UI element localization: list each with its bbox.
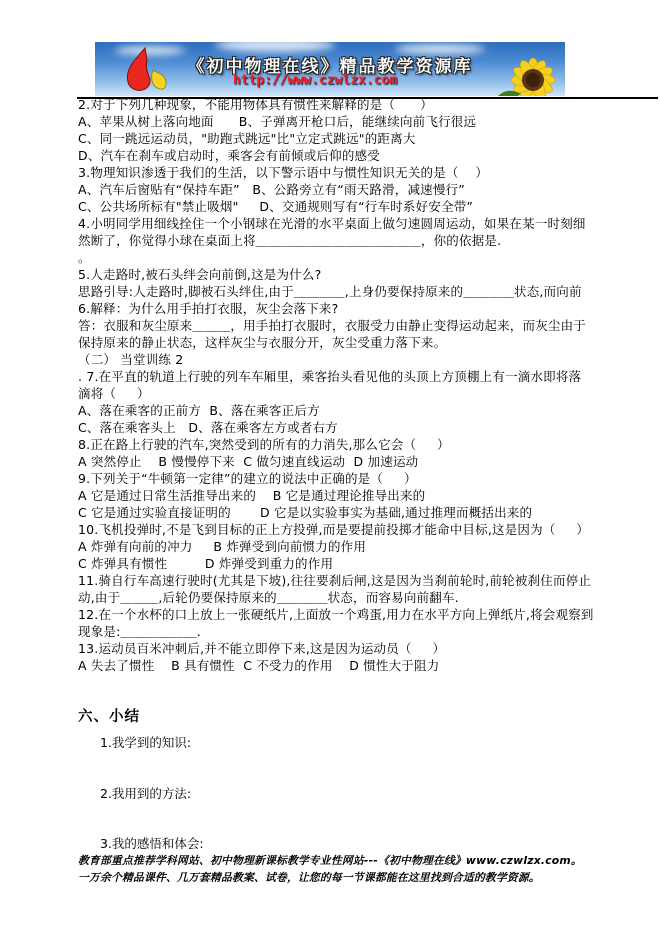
worksheet-line: 现象是:＿＿＿＿＿＿. (78, 623, 594, 640)
worksheet-body: 2.对于下列几种现象，不能用物体具有惯性来解释的是（ ）A、苹果从树上落向地面 … (78, 96, 594, 674)
worksheet-line: C、公共场所标有"禁止吸烟" D、交通规则写有“行车时系好安全带” (78, 198, 594, 215)
worksheet-line: C 炸弹具有惯性 D 炸弹受到重力的作用 (78, 555, 594, 572)
worksheet-line: （二） 当堂训练 2 (78, 351, 594, 368)
worksheet-line: A 它是通过日常生活推导出来的 B 它是通过理论推导出来的 (78, 487, 594, 504)
sunflower-icon (491, 46, 565, 96)
document-page: 《初中物理在线》精品教学资源库 http://www.czwlzx.com 2.… (0, 0, 661, 936)
worksheet-line: 5.人走路时,被石头绊会向前倒,这是为什么? (78, 266, 594, 283)
worksheet-line: A 失去了惯性 B 具有惯性 C 不受力的作用 D 惯性大于阻力 (78, 657, 594, 674)
summary-item-methods: 2.我用到的方法: (100, 784, 191, 802)
worksheet-line: 4.小明同学用细线拴住一个小钢球在光滑的水平桌面上做匀速圆周运动，如果在某一时刻… (78, 215, 594, 232)
worksheet-line: D、汽车在刹车或启动时，乘客会有前倾或后仰的感受 (78, 147, 594, 164)
summary-item-reflections: 3.我的感悟和体会: (100, 834, 204, 852)
worksheet-line: 6.解释：为什么用手拍打衣服，灰尘会落下来? (78, 300, 594, 317)
worksheet-line: A、落在乘客的正前方 B、落在乘客正后方 (78, 402, 594, 419)
worksheet-line: 11.骑自行车高速行驶时(尤其是下坡),往往要刹后闸,这是因为当刹前轮时,前轮被… (78, 572, 594, 589)
summary-heading: 六、小结 (78, 705, 140, 726)
site-url-link[interactable]: http://www.czwlzx.com (95, 73, 535, 88)
worksheet-line: 10.飞机投弹时,不是飞到目标的正上方投弹,而是要提前投掷才能命中目标,这是因为… (78, 521, 594, 538)
worksheet-line: 9.下列关于“牛顿第一定律”的建立的说法中正确的是（ ） (78, 470, 594, 487)
worksheet-line: . 7.在平直的轨道上行驶的列车车厢里，乘客抬头看见他的头顶上方顶棚上有一滴水即… (78, 368, 594, 385)
worksheet-line: 2.对于下列几种现象，不能用物体具有惯性来解释的是（ ） (78, 96, 594, 113)
worksheet-line: A、苹果从树上落向地面 B、子弹离开枪口后，能继续向前飞行很远 (78, 113, 594, 130)
worksheet-line: C、落在乘客头上 D、落在乘客左方或者右方 (78, 419, 594, 436)
cloud-decoration (215, 42, 335, 52)
worksheet-line: 13.运动员百米冲刺后,并不能立即停下来,这是因为运动员（ ） (78, 640, 594, 657)
worksheet-line: 保持原来的静止状态，这样灰尘与衣服分开，灰尘受重力落下来。 (78, 334, 594, 351)
worksheet-line: 。 (78, 249, 594, 266)
worksheet-line: C 它是通过实验直接证明的 D 它是以实验事实为基础,通过推理而概括出来的 (78, 504, 594, 521)
worksheet-line: A、汽车后窗贴有“保持车距” B、公路旁立有“雨天路滑，减速慢行” (78, 181, 594, 198)
header-banner: 《初中物理在线》精品教学资源库 http://www.czwlzx.com (95, 42, 565, 96)
worksheet-line: 8.正在路上行驶的汽车,突然受到的所有的力消失,那么它会（ ） (78, 436, 594, 453)
worksheet-line: 12.在一个水杯的口上放上一张硬纸片,上面放一个鸡蛋,用力在水平方向上弹纸片,将… (78, 606, 594, 623)
summary-item-knowledge: 1.我学到的知识: (100, 733, 191, 751)
worksheet-line: 3.物理知识渗透于我们的生活，以下警示语中与惯性知识无关的是（ ） (78, 164, 594, 181)
worksheet-line: A 突然停止 B 慢慢停下来 C 做匀速直线运动 D 加速运动 (78, 453, 594, 470)
worksheet-line: 答：衣服和灰尘原来＿＿＿，用手拍打衣服时，衣服受力由静止变得运动起来，而灰尘由于 (78, 317, 594, 334)
footer-promo-text: 教育部重点推荐学科网站、初中物理新课标教学专业性网站---《初中物理在线》www… (78, 852, 594, 886)
worksheet-line: A 炸弹有向前的冲力 B 炸弹受到向前惯力的作用 (78, 538, 594, 555)
worksheet-line: 动,由于＿＿＿,后轮仍要保持原来的＿＿＿＿状态，而容易向前翻车. (78, 589, 594, 606)
worksheet-line: 然断了，你觉得小球在桌面上将＿＿＿＿＿＿＿＿＿＿＿＿＿，你的依据是. (78, 232, 594, 249)
worksheet-line: 滴将（ ） (78, 385, 594, 402)
worksheet-line: C、同一跳远运动员，"助跑式跳远"比"立定式跳远"的距离大 (78, 130, 594, 147)
worksheet-line: 思路引导:人走路时,脚被石头绊住,由于＿＿＿＿,上身仍要保持原来的＿＿＿＿状态,… (78, 283, 594, 300)
